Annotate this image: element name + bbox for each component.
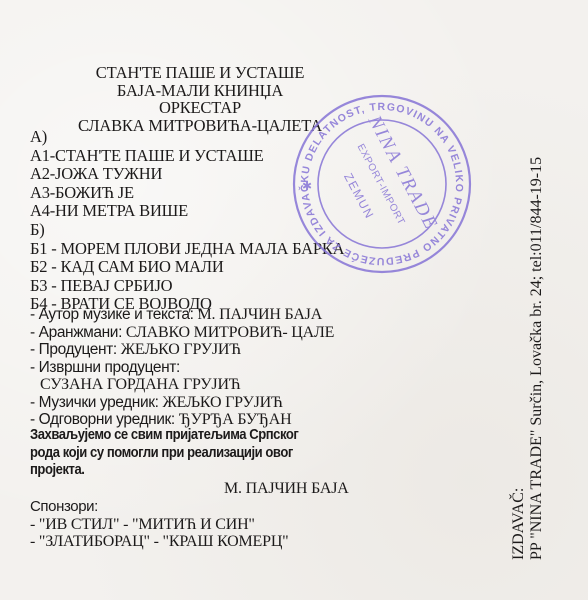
- credits-list: - Аутор музике и текста: М. ПАЈЧИН БАЈА …: [30, 306, 334, 429]
- credit-item: - Извршни продуцент:: [30, 359, 334, 377]
- stamp-star-icon: ✱: [302, 179, 312, 193]
- credit-item: СУЗАНА ГОРДАНА ГРУЈИЋ: [30, 376, 334, 394]
- credit-role: - Аранжмани:: [30, 324, 126, 341]
- sponsor-line: - "ЗЛАТИБОРАЦ" - "КРАШ КОМЕРЦ": [30, 533, 289, 551]
- credit-name: М. ПАЈЧИН БАЈА: [197, 306, 322, 323]
- credit-name: ЂУРЂА БУЂАН: [179, 411, 292, 428]
- thanks-line: рода који су помогли при реализацији ово…: [30, 445, 318, 463]
- sponsors-block: Спонзори: - "ИВ СТИЛ" - "МИТИЋ И СИН" - …: [30, 498, 289, 551]
- credit-item: - Аранжмани: СЛАВКО МИТРОВИЋ- ЦАЛЕ: [30, 324, 334, 342]
- credit-role: - Извршни продуцент:: [30, 359, 180, 376]
- credit-role: - Аутор музике и текста:: [30, 306, 197, 323]
- credit-item: - Аутор музике и текста: М. ПАЈЧИН БАЈА: [30, 306, 334, 324]
- credit-role: - Одговорни уредник:: [30, 411, 179, 428]
- credit-name: СЛАВКО МИТРОВИЋ- ЦАЛЕ: [126, 324, 334, 341]
- sponsors-label: Спонзори:: [30, 498, 289, 516]
- thanks-line: Захваљујемо се свим пријатељима Српског: [30, 427, 318, 445]
- credit-role: - Продуцент:: [30, 341, 121, 358]
- credit-item: - Музички уредник: ЖЕЉКО ГРУЈИЋ: [30, 394, 334, 412]
- credit-item: - Одговорни уредник: ЂУРЂА БУЂАН: [30, 411, 334, 429]
- credit-name: ЖЕЉКО ГРУЈИЋ: [162, 394, 282, 411]
- company-stamp: PRIVATNO PREDUZEĆE ZA IZDAVAČKU DELATNOS…: [290, 92, 474, 276]
- credit-name: СУЗАНА ГОРДАНА ГРУЈИЋ: [40, 376, 240, 393]
- title-line: СТАН'ТЕ ПАШЕ И УСТАШЕ: [60, 64, 340, 82]
- publisher-info: IZDAVAČ: PP "NINA TRADE" Surčin, Lovačka…: [510, 157, 546, 560]
- credit-role: - Музички уредник:: [30, 394, 162, 411]
- thanks-line: пројекта.: [30, 462, 318, 480]
- track-item: Б3 - ПЕВАЈ СРБИЈО: [30, 277, 344, 296]
- credit-name: ЖЕЉКО ГРУЈИЋ: [121, 341, 241, 358]
- thanks-paragraph: Захваљујемо се свим пријатељима Српског …: [30, 427, 318, 480]
- credit-item: - Продуцент: ЖЕЉКО ГРУЈИЋ: [30, 341, 334, 359]
- publisher-label: IZDAVAČ:: [510, 157, 528, 560]
- signature: М. ПАЈЧИН БАЈА: [224, 480, 349, 498]
- sponsor-line: - "ИВ СТИЛ" - "МИТИЋ И СИН": [30, 516, 289, 534]
- publisher-line: PP "NINA TRADE" Surčin, Lovačka br. 24; …: [528, 157, 546, 560]
